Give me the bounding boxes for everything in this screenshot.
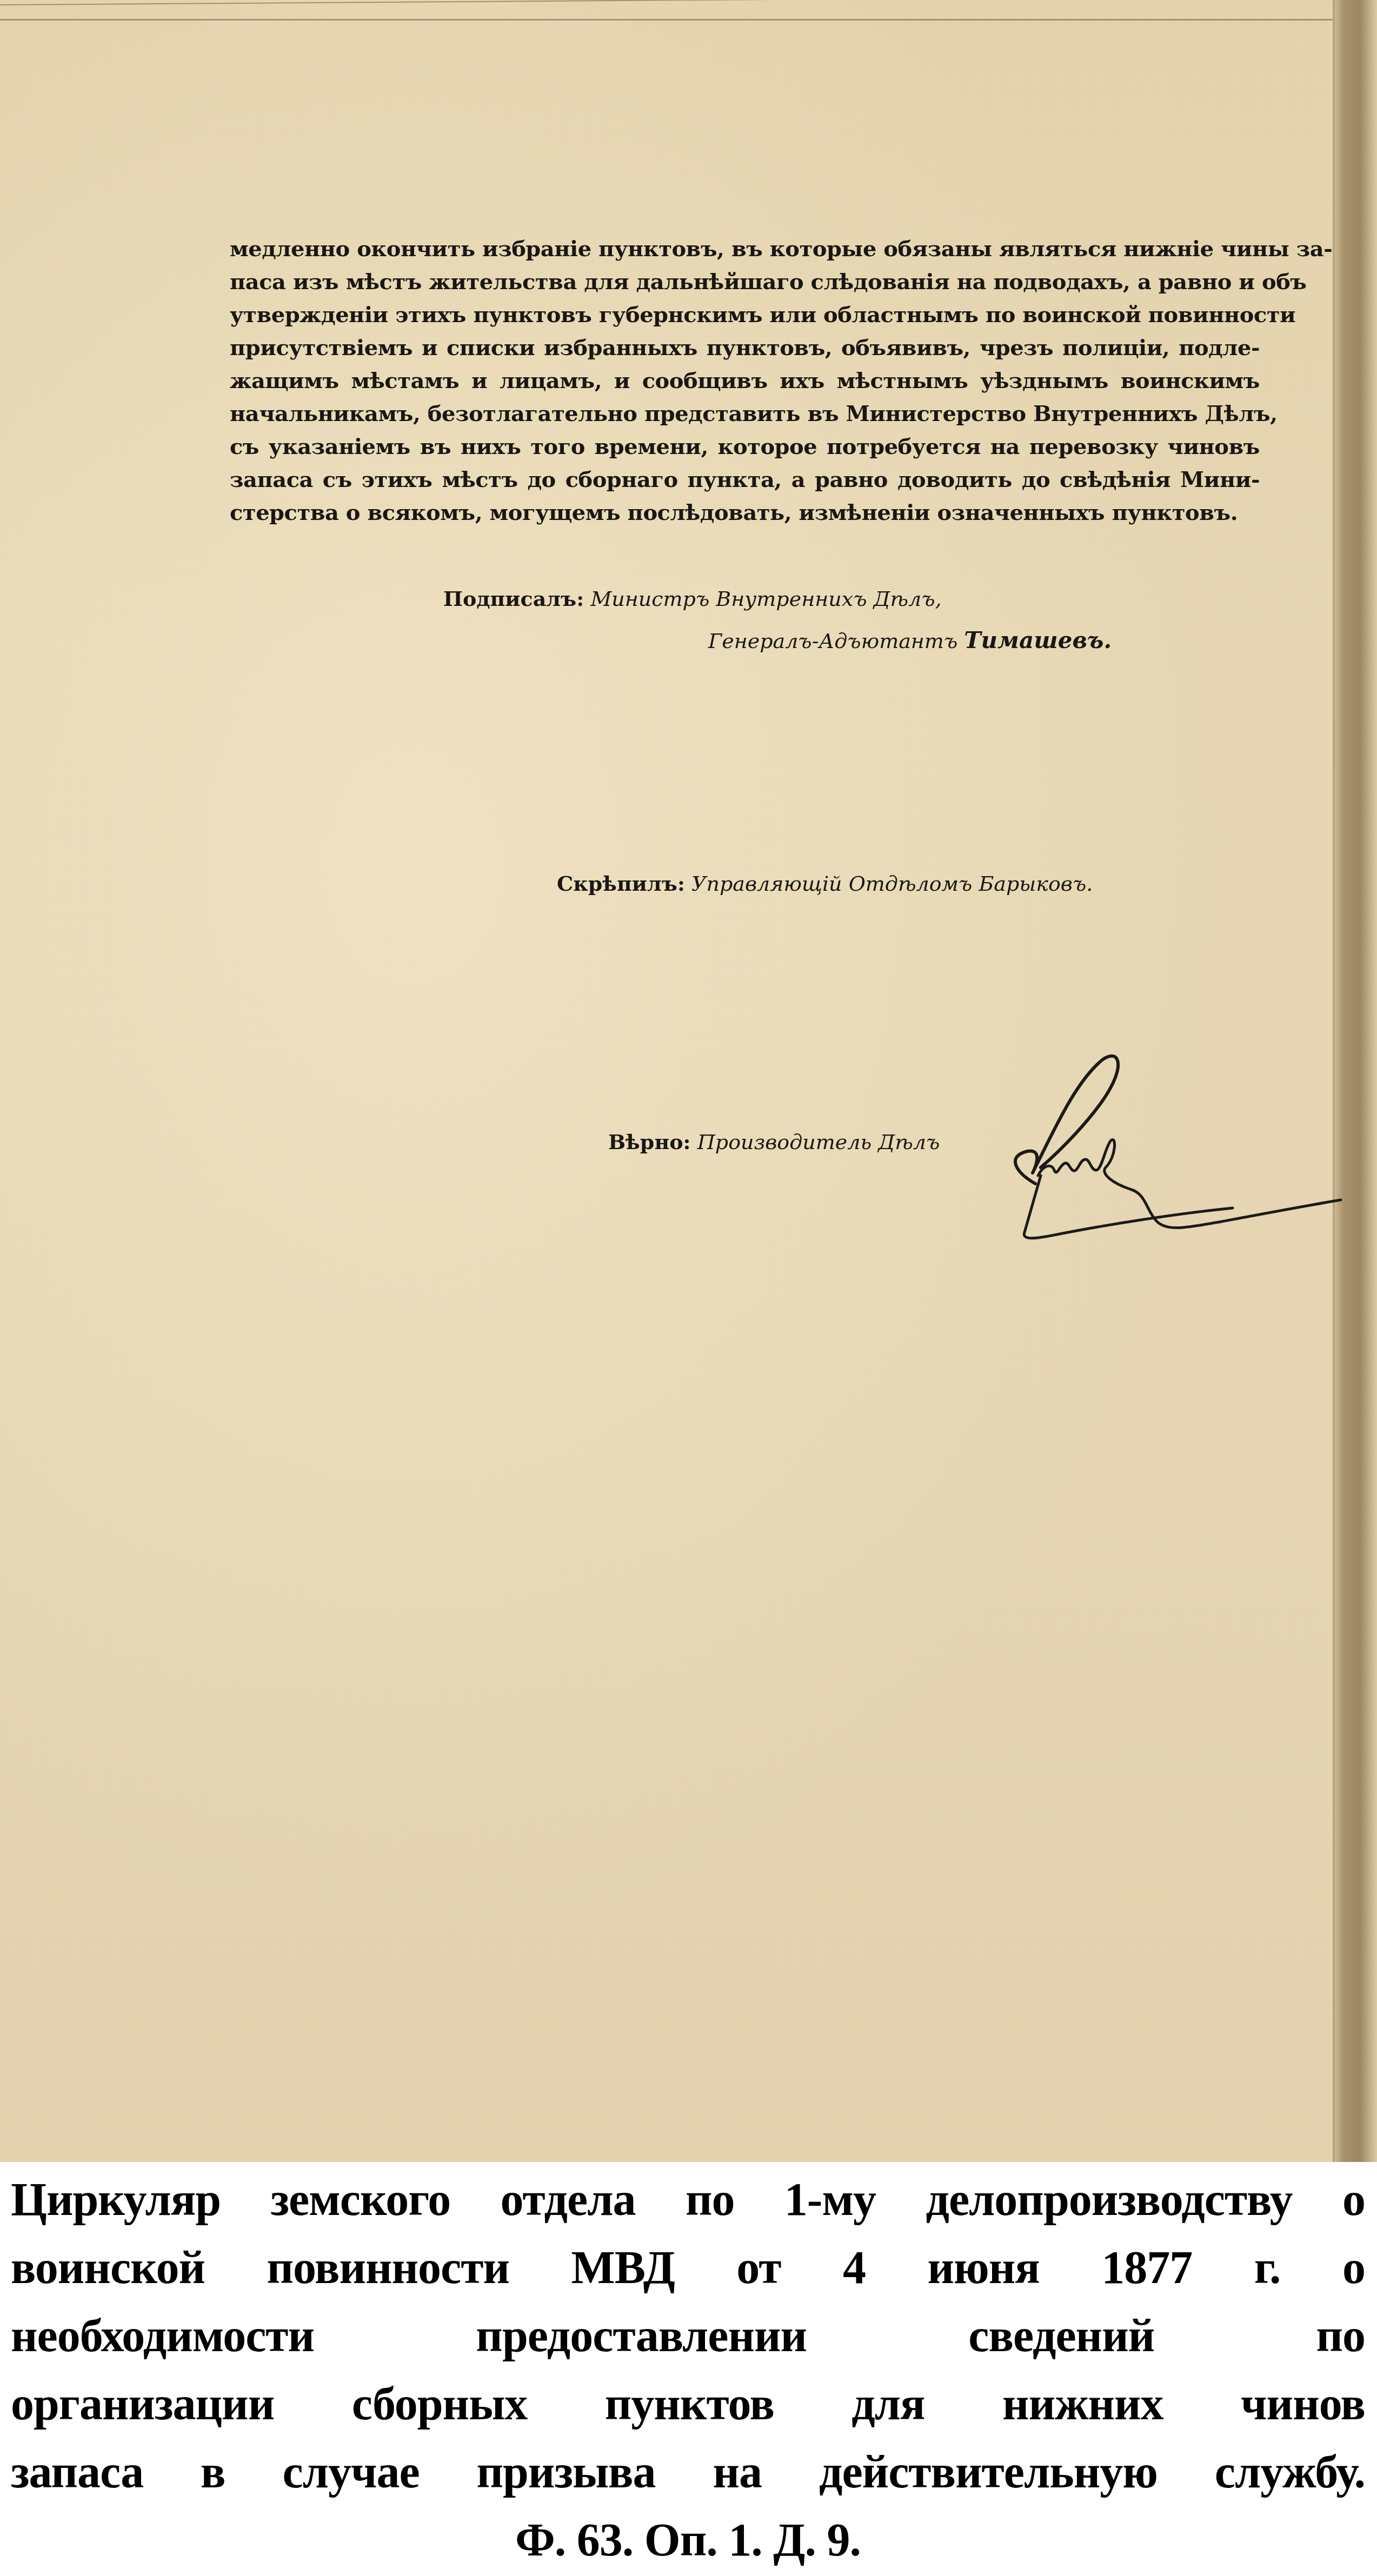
caption-line: запаса в случае призыва на действительну…	[11, 2438, 1365, 2506]
archival-document-scan: медленно окончить избраніе пунктовъ, въ …	[0, 0, 1377, 2162]
signer-rank: Генералъ-Адъютантъ	[708, 629, 957, 653]
caption-line: организации сборных пунктов для нижних ч…	[11, 2370, 1365, 2438]
body-line: запаса съ этихъ мѣстъ до сборнаго пункта…	[230, 463, 1260, 496]
body-line: медленно окончить избраніе пунктовъ, въ …	[230, 232, 1260, 265]
body-line: начальникамъ, безотлагательно представит…	[230, 397, 1260, 430]
body-line: присутствіемъ и списки избранныхъ пункто…	[230, 331, 1260, 364]
certified-line: Вѣрно: Производитель Дѣлъ	[608, 1130, 940, 1154]
countersigner-title: Управляющій Отдѣломъ	[691, 872, 972, 896]
circular-body-text: медленно окончить избраніе пунктовъ, въ …	[230, 232, 1260, 529]
archive-caption: Циркуляр земского отдела по 1-му делопро…	[11, 2165, 1365, 2574]
certifier-title: Производитель Дѣлъ	[697, 1130, 940, 1154]
signer-title: Министръ Внутреннихъ Дѣлъ,	[590, 587, 941, 611]
body-line: стерства о всякомъ, могущемъ послѣдовать…	[230, 496, 1260, 529]
body-line: жащимъ мѣстамъ и лицамъ, и сообщивъ ихъ …	[230, 364, 1260, 397]
signed-by-line: Подписалъ: Министръ Внутреннихъ Дѣлъ,	[443, 586, 942, 611]
paper-fold-line	[0, 0, 1335, 5]
caption-line: Циркуляр земского отдела по 1-му делопро…	[11, 2165, 1365, 2233]
countersigned-label: Скрѣпилъ:	[557, 871, 685, 896]
body-line: съ указаніемъ въ нихъ того времени, кото…	[230, 430, 1260, 463]
signature-icon	[984, 1049, 1352, 1243]
signer-name: Тимашевъ.	[964, 627, 1112, 653]
caption-line: необходимости предоставлении сведений по	[11, 2301, 1365, 2370]
caption-line: воинской повинности МВД от 4 июня 1877 г…	[11, 2233, 1365, 2301]
archive-reference: Ф. 63. Оп. 1. Д. 9.	[11, 2506, 1365, 2574]
signed-label: Подписалъ:	[443, 586, 584, 611]
certified-label: Вѣрно:	[608, 1130, 691, 1154]
body-line: утвержденіи этихъ пунктовъ губернскимъ и…	[230, 298, 1260, 331]
countersigned-line: Скрѣпилъ: Управляющій Отдѣломъ Барыковъ.	[557, 871, 1093, 896]
paper-fold-line	[0, 19, 1335, 21]
body-line: паса изъ мѣстъ жительства для дальнѣйшаг…	[230, 265, 1260, 298]
signer-name-line: Генералъ-Адъютантъ Тимашевъ.	[708, 627, 1112, 653]
countersigner-name: Барыковъ.	[979, 872, 1093, 896]
